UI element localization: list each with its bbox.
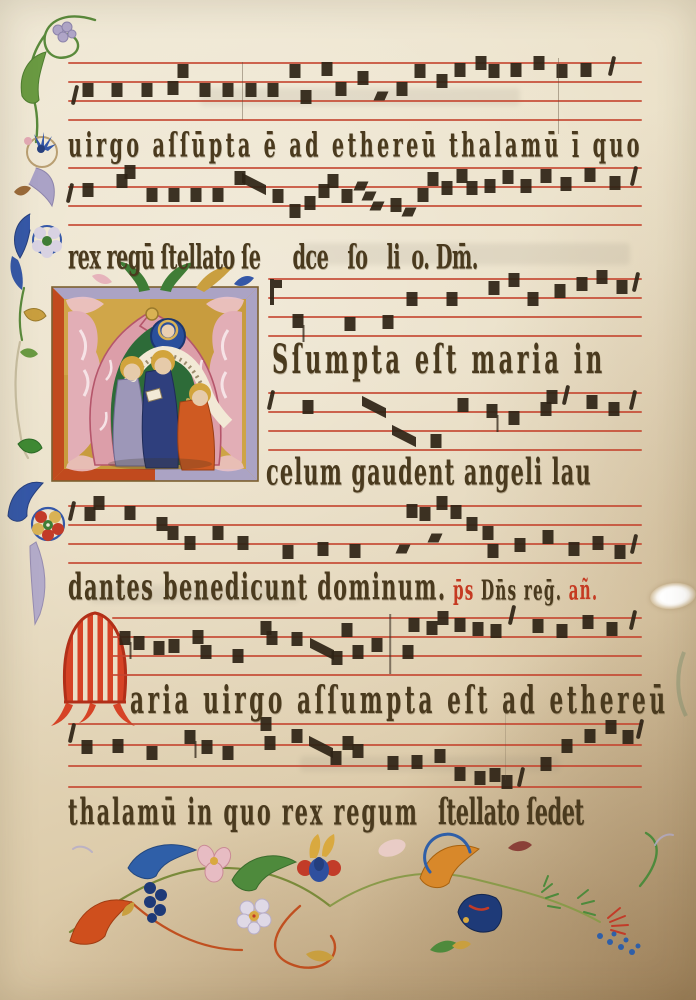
neume-sq (112, 83, 123, 97)
neume-sq (125, 165, 136, 179)
neume-st (630, 166, 638, 186)
scratch-mark (242, 62, 243, 120)
neume-sq (147, 746, 158, 760)
neume-sq (509, 411, 520, 425)
neume-sq (543, 530, 554, 544)
staff-2-line-4 (68, 224, 642, 226)
neume-sq (488, 544, 499, 558)
chant-text-line-5: dantes benedicunt dominum.p̄sDn̄s reḡ.añ… (68, 567, 598, 610)
staff-5-line-4 (68, 562, 642, 564)
neume-st (562, 385, 570, 405)
chant-text-line-1: uirgo aſſūpta ē ad ethereū thalamū ī quo (68, 124, 643, 165)
neume-sq (233, 649, 244, 663)
neume-dm (353, 182, 368, 191)
neume-sq (142, 83, 153, 97)
scratch-mark (505, 700, 506, 780)
neume-sq (154, 641, 165, 655)
neume-sq (615, 545, 626, 559)
neume-sq (292, 729, 303, 743)
neume-sq (476, 56, 487, 70)
neume-sq (342, 189, 353, 203)
neume-sq (418, 188, 429, 202)
neume-sq (534, 56, 545, 70)
neume-sq (303, 400, 314, 414)
neume-sq (467, 517, 478, 531)
neume-sq (318, 542, 329, 556)
neume-dm (401, 208, 416, 217)
neume-sq (391, 198, 402, 212)
neume-sq (509, 273, 520, 287)
neume-sq (577, 277, 588, 291)
neume-sq (451, 505, 462, 519)
chant-segment: thalamū in quo rex regum (68, 792, 419, 835)
staff-5-line-2 (68, 524, 642, 526)
neume-sq (267, 631, 278, 645)
chant-segment: o. Dm̄. (411, 236, 478, 277)
neume-st (68, 501, 76, 521)
neume-sq (458, 398, 469, 412)
staff-2-line-3 (68, 205, 642, 207)
neume-sq (353, 744, 364, 758)
chant-segment: aria uirgo aſſumpta eſt ad ethereū (130, 679, 669, 723)
neume-sq (342, 623, 353, 637)
chant-segment: rex regū ſtellato ſe (68, 236, 260, 277)
neume-sq (455, 618, 466, 632)
neume-sq (583, 615, 594, 629)
neume-sq (83, 83, 94, 97)
neume-sq (407, 504, 418, 518)
neume-sq (428, 172, 439, 186)
neume-sq (283, 545, 294, 559)
neume-sq (268, 83, 279, 97)
neume-sq (617, 280, 628, 294)
staff-5-line-1 (68, 505, 642, 507)
neume-sq (383, 315, 394, 329)
neume-dm (361, 192, 376, 201)
staff-7-line-3 (68, 765, 642, 767)
neume-sq (415, 64, 426, 78)
chant-segment: dantes benedicunt dominum. (68, 567, 447, 610)
neume-sq (322, 62, 333, 76)
neume-sq (134, 636, 145, 650)
neume-sq (202, 740, 213, 754)
neume-sq (581, 63, 592, 77)
neume-sq (246, 83, 257, 97)
neume-lg (309, 736, 333, 758)
neume-sq (223, 746, 234, 760)
neume-sq (125, 506, 136, 520)
neume-sq (328, 174, 339, 188)
neume-sq (485, 179, 496, 193)
neume-st (632, 272, 640, 292)
neume-sqt (185, 730, 196, 744)
neume-sq (292, 632, 303, 646)
neume-sq (301, 90, 312, 104)
neume-sq (585, 729, 596, 743)
chant-segment: uirgo aſſūpta ē ad ethereū thalamū ī quo (68, 124, 643, 165)
neume-sq (475, 771, 486, 785)
neume-sq (213, 526, 224, 540)
chant-segment: dce ſo li (292, 236, 400, 277)
neume-sq (388, 756, 399, 770)
neume-sq (515, 538, 526, 552)
neume-sq (521, 179, 532, 193)
chant-text-line-4: celum gaudent angeli lau (266, 452, 592, 495)
neume-sq (541, 169, 552, 183)
neume-sq (437, 74, 448, 88)
neume-lg (392, 425, 416, 447)
neume-sq (528, 292, 539, 306)
neume-st (629, 610, 637, 630)
staff-2-line-1 (68, 167, 642, 169)
neume-sq (483, 526, 494, 540)
staff-6-line-3 (112, 655, 642, 657)
neume-sq (185, 536, 196, 550)
neume-sqt (120, 631, 131, 645)
neume-st (517, 767, 525, 787)
neume-sq (403, 645, 414, 659)
staff-7-line-1 (68, 723, 642, 725)
staff-7-line-4 (68, 786, 642, 788)
neume-sq (447, 292, 458, 306)
neume-sq (593, 536, 604, 550)
neume-sq (94, 496, 105, 510)
neume-sq (569, 542, 580, 556)
neume-sq (502, 775, 513, 789)
staff-1-line-3 (68, 100, 642, 102)
chant-segment: Sſumpta eſt maria in (272, 336, 606, 383)
neume-sq (607, 622, 618, 636)
neume-sq (350, 544, 361, 558)
neume-sq (223, 83, 234, 97)
chant-text-line-6: aria uirgo aſſumpta eſt ad ethereū (130, 679, 669, 723)
staff-1-line-2 (68, 81, 642, 83)
neume-lg (362, 396, 386, 418)
staff-1-line-4 (68, 119, 642, 121)
neume-st (71, 85, 79, 105)
neume-sq (585, 168, 596, 182)
neume-sq (332, 651, 343, 665)
manuscript-page: uirgo aſſūpta ē ad ethereū thalamū ī quo… (0, 0, 696, 1000)
neume-sq (438, 611, 449, 625)
neume-sq (541, 757, 552, 771)
neume-sq (587, 395, 598, 409)
neume-sq (169, 639, 180, 653)
staff-6-line-1 (112, 617, 642, 619)
neume-sq (533, 619, 544, 633)
staff-3-line-3 (268, 316, 642, 318)
chant-text-line-2: rex regū ſtellato ſedce ſo lio. Dm̄. (68, 236, 478, 277)
neume-lg (310, 638, 334, 660)
neume-sqt (293, 314, 304, 328)
psalm-incipit: Dn̄s reḡ. (481, 576, 562, 607)
chant-text-line-3: Sſumpta eſt maria in (272, 336, 606, 383)
neume-sq (265, 736, 276, 750)
neume-sq (290, 204, 301, 218)
neume-sq (336, 82, 347, 96)
neume-dm (395, 545, 410, 554)
neume-lg (242, 173, 266, 195)
neume-sq (557, 624, 568, 638)
neume-sq (412, 755, 423, 769)
neume-sq (555, 284, 566, 298)
staff-6-line-4 (112, 674, 642, 676)
neume-sq (397, 82, 408, 96)
neume-sq (147, 188, 158, 202)
neume-sq (331, 751, 342, 765)
neume-sq (358, 71, 369, 85)
neume-sq (409, 618, 420, 632)
neume-sq (437, 496, 448, 510)
neume-dm (427, 534, 442, 543)
neume-sq (455, 767, 466, 781)
neume-sq (547, 390, 558, 404)
neume-cl (270, 279, 274, 305)
neume-sq (201, 645, 212, 659)
chant-segment: celum gaudent angeli lau (266, 452, 592, 495)
scratch-mark (558, 58, 559, 134)
neume-sq (407, 292, 418, 306)
neume-sq (420, 507, 431, 521)
neume-sq (610, 176, 621, 190)
neume-sq (178, 64, 189, 78)
neume-sq (609, 402, 620, 416)
neume-sq (597, 270, 608, 284)
neume-sq (562, 739, 573, 753)
neume-sq (490, 768, 501, 782)
staff-4-line-2 (268, 411, 642, 413)
chant-segment: ſtellato ſedet (438, 792, 584, 835)
staff-4-line-4 (268, 449, 642, 451)
neume-sq (511, 63, 522, 77)
neume-sq (541, 402, 552, 416)
neume-sq (455, 63, 466, 77)
neume-sq (431, 434, 442, 448)
neume-sq (290, 64, 301, 78)
neume-sq (467, 181, 478, 195)
neume-sq (489, 64, 500, 78)
neume-sq (193, 630, 204, 644)
neume-sq (473, 622, 484, 636)
neume-sq (435, 749, 446, 763)
neume-sq (623, 730, 634, 744)
chant-text-line-7: thalamū in quo rex regumſtellato ſedet (68, 792, 584, 835)
rubric-psalm-abbrev: p̄s (453, 576, 475, 607)
neume-sq (273, 189, 284, 203)
neume-sq (168, 526, 179, 540)
neume-sqt (487, 404, 498, 418)
neume-sq (427, 621, 438, 635)
neume-sq (191, 188, 202, 202)
neume-sq (489, 281, 500, 295)
neume-sq (168, 81, 179, 95)
rubric-antiphon-abbrev: añ. (569, 576, 599, 607)
neume-sq (345, 317, 356, 331)
neume-sq (353, 645, 364, 659)
neume-sq (82, 740, 93, 754)
neume-sq (169, 188, 180, 202)
neume-sq (200, 83, 211, 97)
neume-st (608, 56, 616, 76)
neume-sq (372, 638, 383, 652)
neume-sq (83, 183, 94, 197)
neume-st (68, 723, 76, 743)
neume-sq (491, 624, 502, 638)
neume-sq (113, 739, 124, 753)
neume-dm (369, 202, 384, 211)
neume-sq (503, 170, 514, 184)
neume-sq (238, 536, 249, 550)
neume-sq (213, 188, 224, 202)
neume-sq (561, 177, 572, 191)
neume-sq (442, 181, 453, 195)
neume-bar (389, 614, 391, 674)
staff-4-line-3 (268, 430, 642, 432)
neume-sq (305, 196, 316, 210)
neume-sq (157, 517, 168, 531)
staff-4-line-1 (268, 392, 642, 394)
